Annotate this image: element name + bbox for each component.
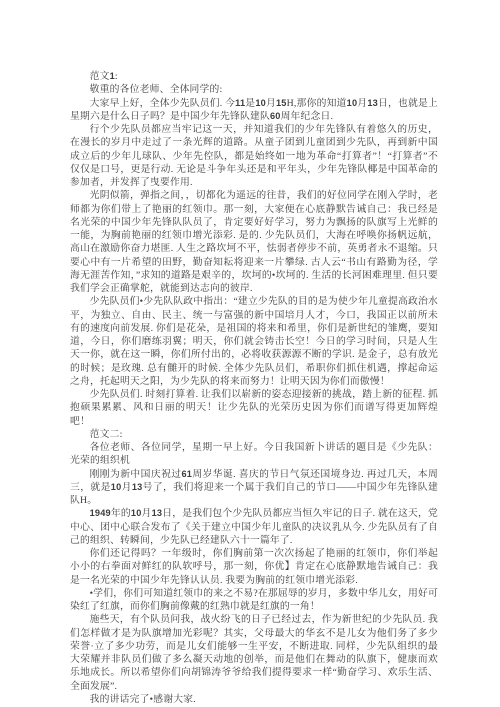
essay2-heading: 范文二: [70, 428, 438, 441]
essay2-para-topic: 各位老师、各位同学，星期一早上好。今日我国新卜讲话的题目是《少先队：光荣的组织机 [70, 441, 438, 468]
essay1-para-mission: 少先队员们•少先队队政中指出：“建立少先队的目的是为使少年儿童提高政治水平，为独… [70, 295, 438, 388]
essay1-para-closing: 少先队员们. 时刻打算着. 让我们以崭新的姿态迎接新的挑战，踏上新的征程. 抓抱… [70, 388, 438, 428]
essay1-para-history: 行个少先队员都应当牢记这一天，并知道我们的少年先锋队有着悠久的历史，在漫长的岁月… [70, 123, 438, 189]
essay2-para-first-grade: 你们还记得吗？一年级时，你们胸前第一次次扬起了艳丽的红领巾，你们举起小小的右拳面… [70, 547, 438, 587]
essay2-para-scarf-origin: •学们，你们可知道红领巾的来之不易?在那屈辱的岁月，多数中华儿女，用好可染红了红… [70, 587, 438, 614]
essay1-para-time-flies: 光阴似箭，弹指之间，，切都化为遥远的往昔，我们的好位同学在刚入学时，老师都为你们… [70, 189, 438, 295]
essay2-para-question: 施些天，有个队员问我，战火纷飞的日子已经过去，作为新世纪的少先队员. 我们怎样做… [70, 613, 438, 693]
essay1-heading: 范文1: [70, 70, 438, 83]
essay2-para-festival: 刚刚为新中国庆祝过61周岁华诞. 喜庆的节日气氛还国境身边. 再过几天，本周三，… [70, 468, 438, 508]
essay2-para-thanks: 我的讲话完了•感谢大家. [70, 693, 438, 706]
essay1-salutation: 敬重的各位老师、全体同学的: [70, 83, 438, 96]
essay1-para-greeting: 大家早上好，全体少先队员们. 今11是10月15H,那你的知道10月13日，也就… [70, 97, 438, 124]
document-page: 范文1: 敬重的各位老师、全体同学的: 大家早上好，全体少先队员们. 今11是1… [70, 70, 438, 706]
essay2-para-founding: 1949年的10月13日，是我们包个少先队员都应当恒久牢记的日子. 就在这天，党… [70, 507, 438, 547]
